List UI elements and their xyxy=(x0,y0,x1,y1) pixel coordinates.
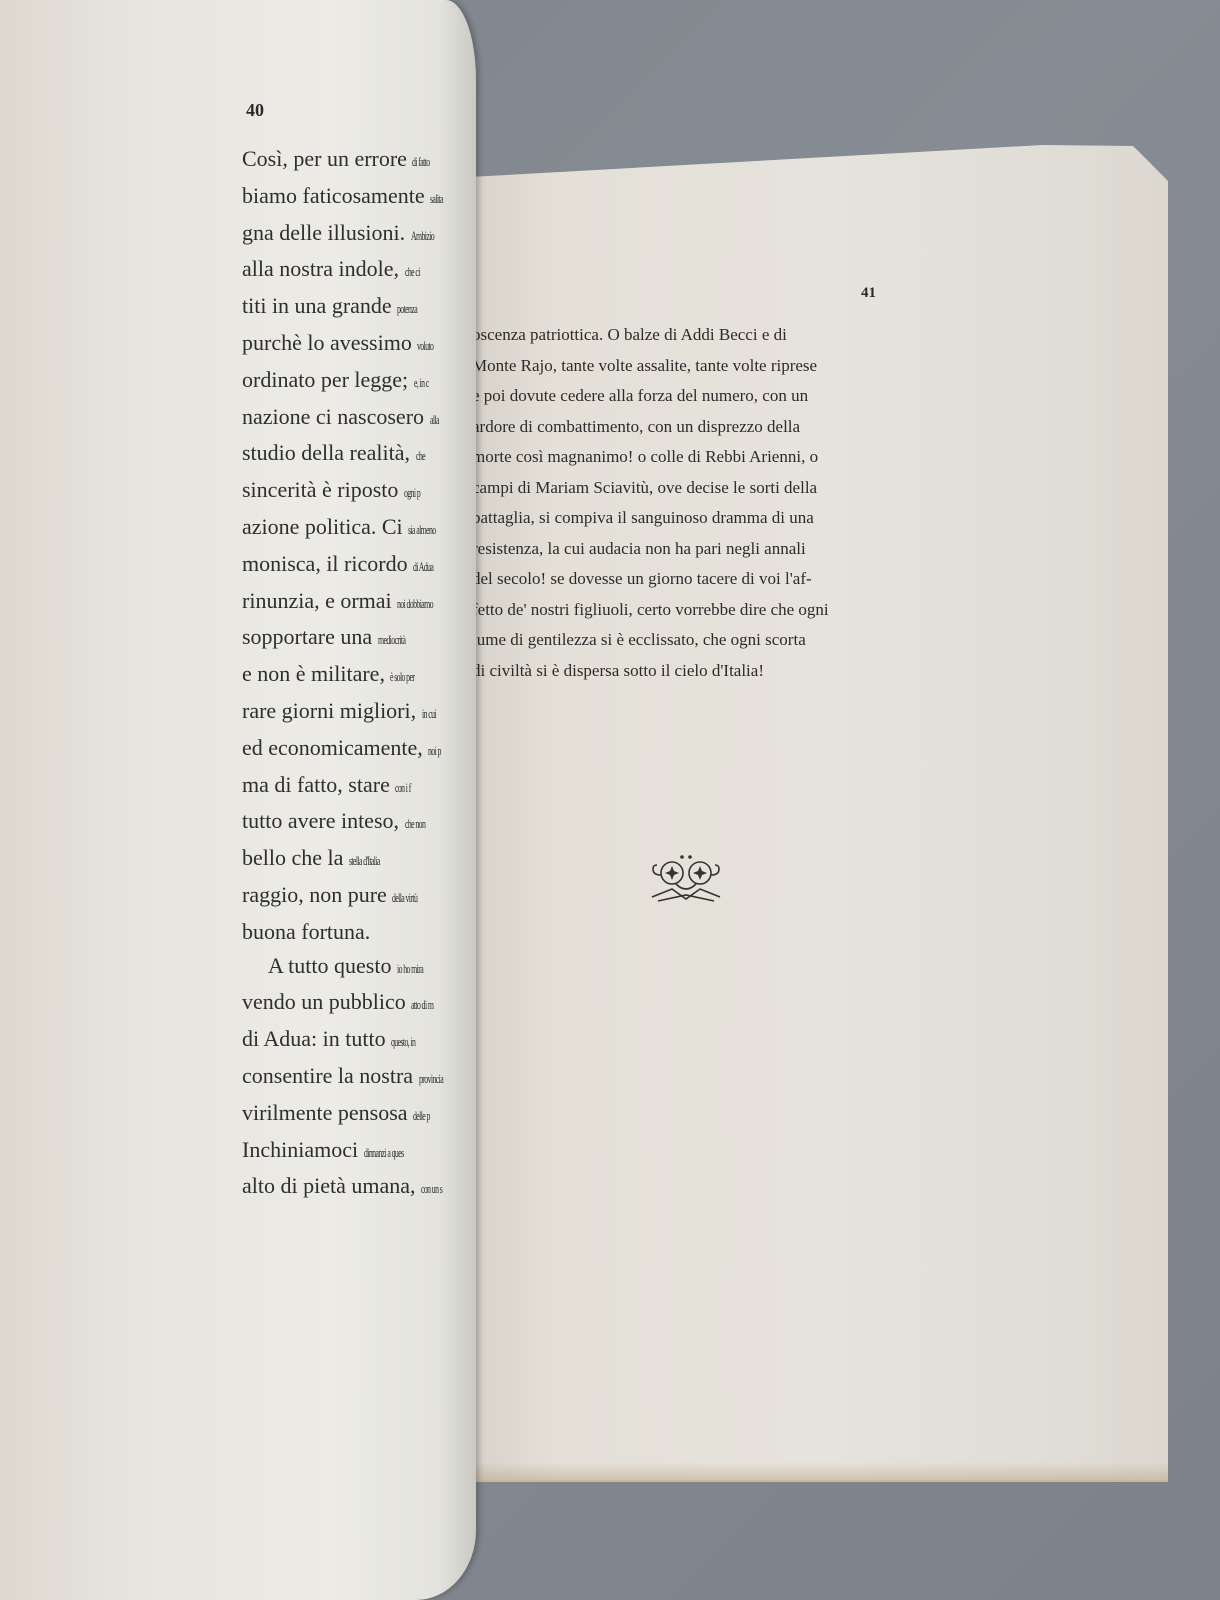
left-page-text: Così, per un errore di fattobiamo fatico… xyxy=(242,142,474,1206)
text-line-main: gna delle illusioni. xyxy=(242,216,405,250)
text-line-main: ed economicamente, xyxy=(242,731,423,765)
text-line-main: rare giorni migliori, xyxy=(242,694,416,728)
page-number-left: 40 xyxy=(246,100,264,121)
text-line: alla nostra indole, che ci xyxy=(242,252,474,289)
text-line-curved-tail: con un s xyxy=(421,1172,442,1206)
text-line-main: alla nostra indole, xyxy=(242,252,399,286)
text-line: di Adua: in tutto questo, in xyxy=(242,1022,474,1059)
text-line-curved-tail: io ho mira xyxy=(397,952,423,986)
text-line-main: Così, per un errore xyxy=(242,142,407,176)
text-line: oscenza patriottica. O balze di Addi Bec… xyxy=(472,320,890,351)
text-line: e non è militare, è solo per xyxy=(242,657,474,694)
text-line-main: purchè lo avessimo xyxy=(242,326,412,360)
text-line: e poi dovute cedere alla forza del numer… xyxy=(472,381,890,412)
text-line: sincerità è riposto ogni p xyxy=(242,473,474,510)
text-line-curved-tail: voluto xyxy=(417,329,433,363)
text-line: campi di Mariam Sciavitù, ove decise le … xyxy=(472,473,890,504)
text-line-main: studio della realità, xyxy=(242,436,410,470)
text-line-curved-tail: dinnanzi a ques xyxy=(364,1136,404,1170)
text-line: titi in una grande potenza xyxy=(242,289,474,326)
text-line: lume di gentilezza si è ecclissato, che … xyxy=(472,625,890,656)
page-edge-stain xyxy=(470,1462,1168,1480)
text-line-curved-tail: provincia xyxy=(419,1062,443,1096)
text-line-curved-tail: delle p xyxy=(413,1099,430,1133)
text-line-main: consentire la nostra xyxy=(242,1059,413,1093)
text-line: fetto de' nostri figliuoli, certo vorreb… xyxy=(472,595,890,626)
text-line-curved-tail: è solo per xyxy=(390,660,414,694)
text-line: nazione ci nascosero alla xyxy=(242,400,474,437)
text-line: Inchiniamoci dinnanzi a ques xyxy=(242,1133,474,1170)
text-line: purchè lo avessimo voluto xyxy=(242,326,474,363)
text-line-main: ordinato per legge; xyxy=(242,363,408,397)
text-line: battaglia, si compiva il sanguinoso dram… xyxy=(472,503,890,534)
text-line-main: di Adua: in tutto xyxy=(242,1022,386,1056)
text-line: studio della realità, che xyxy=(242,436,474,473)
text-line: del secolo! se dovesse un giorno tacere … xyxy=(472,564,890,595)
text-line: consentire la nostra provincia xyxy=(242,1059,474,1096)
text-line: resistenza, la cui audacia non ha pari n… xyxy=(472,534,890,565)
text-line-curved-tail: stella d'Italia xyxy=(349,844,380,878)
text-line: vendo un pubblico atto di m xyxy=(242,985,474,1022)
text-line-main: alto di pietà umana, xyxy=(242,1169,416,1203)
text-line-main: Inchiniamoci xyxy=(242,1133,358,1167)
text-line-curved-tail: noi dobbiamo xyxy=(397,587,433,621)
text-line-curved-tail: e, in c xyxy=(414,366,429,400)
text-line-curved-tail: di fatto xyxy=(412,145,430,179)
text-line-main: titi in una grande xyxy=(242,289,392,323)
text-line-curved-tail: di Adua xyxy=(413,550,433,584)
text-line: sopportare una mediocrità xyxy=(242,620,474,657)
text-line: azione politica. Ci sia almeno xyxy=(242,510,474,547)
text-line-main: monisca, il ricordo xyxy=(242,547,408,581)
text-line: buona fortuna. xyxy=(242,915,474,949)
text-line-curved-tail: questo, in xyxy=(391,1025,415,1059)
right-page-text: oscenza patriottica. O balze di Addi Bec… xyxy=(472,320,890,686)
text-line-main: e non è militare, xyxy=(242,657,385,691)
text-line-main: raggio, non pure xyxy=(242,878,387,912)
text-line-main: biamo faticosamente xyxy=(242,179,425,213)
text-line: monisca, il ricordo di Adua xyxy=(242,547,474,584)
right-page: 41 oscenza patriottica. O balze di Addi … xyxy=(470,145,1168,1482)
text-line-main: ma di fatto, stare xyxy=(242,768,390,802)
text-line: virilmente pensosa delle p xyxy=(242,1096,474,1133)
text-line-curved-tail: che non xyxy=(405,807,425,841)
text-line-curved-tail: ogni p xyxy=(404,476,420,510)
text-line-curved-tail: con i f xyxy=(395,771,411,805)
text-line-curved-tail: noi p xyxy=(428,734,441,768)
floral-ornament-icon xyxy=(642,851,732,907)
text-line-curved-tail: della virtù xyxy=(392,881,417,915)
text-line: di civiltà si è dispersa sotto il cielo … xyxy=(472,656,890,687)
text-line: A tutto questo io ho mira xyxy=(242,949,474,986)
left-page: 40 Così, per un errore di fattobiamo fat… xyxy=(0,0,476,1600)
text-line: Monte Rajo, tante volte assalite, tante … xyxy=(472,351,890,382)
text-line-curved-tail: alla xyxy=(430,403,439,437)
text-line: gna delle illusioni. Ambizio xyxy=(242,216,474,253)
text-line-main: A tutto questo xyxy=(268,949,391,983)
text-line-main: buona fortuna. xyxy=(242,915,370,949)
text-line-main: azione politica. Ci xyxy=(242,510,403,544)
text-line: rare giorni migliori, in cui xyxy=(242,694,474,731)
text-line-main: tutto avere inteso, xyxy=(242,804,399,838)
text-line-curved-tail: salita xyxy=(430,182,443,216)
text-line: morte così magnanimo! o colle di Rebbi A… xyxy=(472,442,890,473)
text-line: alto di pietà umana, con un s xyxy=(242,1169,474,1206)
text-line-main: nazione ci nascosero xyxy=(242,400,424,434)
text-line-main: sincerità è riposto xyxy=(242,473,398,507)
text-line-curved-tail: potenza xyxy=(397,292,417,326)
text-line: tutto avere inteso, che non xyxy=(242,804,474,841)
text-line-curved-tail: mediocrità xyxy=(378,623,405,657)
text-line-main: virilmente pensosa xyxy=(242,1096,408,1130)
text-line: biamo faticosamente salita xyxy=(242,179,474,216)
text-line: bello che la stella d'Italia xyxy=(242,841,474,878)
text-line-curved-tail: sia almeno xyxy=(408,513,436,547)
text-line-curved-tail: in cui xyxy=(422,697,436,731)
text-line-curved-tail: atto di m xyxy=(411,988,433,1022)
text-line: ed economicamente, noi p xyxy=(242,731,474,768)
page-number-right: 41 xyxy=(861,285,876,302)
text-line-main: bello che la xyxy=(242,841,343,875)
text-line-main: sopportare una xyxy=(242,620,372,654)
text-line: rinunzia, e ormai noi dobbiamo xyxy=(242,584,474,621)
text-line: Così, per un errore di fatto xyxy=(242,142,474,179)
text-line-curved-tail: che xyxy=(416,439,425,473)
text-line: ordinato per legge; e, in c xyxy=(242,363,474,400)
text-line: raggio, non pure della virtù xyxy=(242,878,474,915)
text-line-curved-tail: Ambizio xyxy=(411,219,434,253)
text-line: ma di fatto, stare con i f xyxy=(242,768,474,805)
text-line: ardore di combattimento, con un disprezz… xyxy=(472,412,890,443)
text-line-main: rinunzia, e ormai xyxy=(242,584,392,618)
text-line-curved-tail: che ci xyxy=(405,255,420,289)
text-line-main: vendo un pubblico xyxy=(242,985,406,1019)
